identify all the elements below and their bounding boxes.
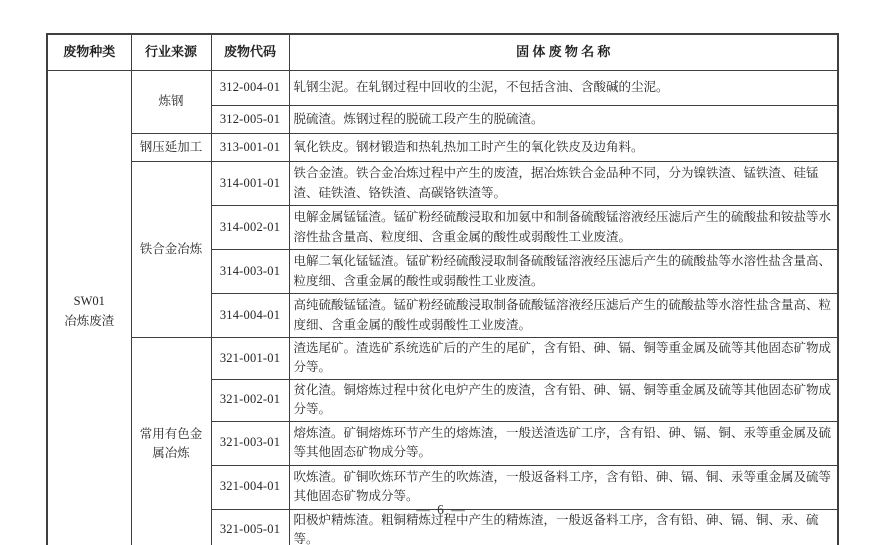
waste-name-cell: 电解金属锰锰渣。锰矿粉经硫酸浸取和加氨中和制备硫酸锰溶液经压滤后产生的硫酸盐和铵… bbox=[289, 206, 838, 250]
waste-code-cell: 314-001-01 bbox=[211, 162, 289, 206]
table-row: 铁合金冶炼 314-001-01 铁合金渣。铁合金冶炼过程中产生的废渣，据冶炼铁… bbox=[47, 162, 838, 206]
table-row: SW01 冶炼废渣 炼钢 312-004-01 轧钢尘泥。在轧钢过程中回收的尘泥… bbox=[47, 71, 838, 106]
industry-cell: 钢压延加工 bbox=[131, 134, 211, 162]
waste-category-name: 冶炼废渣 bbox=[52, 311, 127, 331]
page-number: — 6 — bbox=[46, 502, 837, 518]
waste-category-code: SW01 bbox=[52, 291, 127, 311]
header-waste-category: 废物种类 bbox=[47, 34, 131, 71]
table-row: 常用有色金属冶炼 321-001-01 渣选尾矿。渣选矿系统选矿后的产生的尾矿，… bbox=[47, 338, 838, 380]
waste-name-cell: 氧化铁皮。钢材锻造和热轧热加工时产生的氧化铁皮及边角料。 bbox=[289, 134, 838, 162]
waste-name-cell: 高纯硫酸锰锰渣。锰矿粉经硫酸浸取制备硫酸锰溶液经压滤后产生的硫酸盐等水溶性盐含量… bbox=[289, 294, 838, 338]
waste-code-cell: 321-003-01 bbox=[211, 421, 289, 465]
waste-code-cell: 312-004-01 bbox=[211, 71, 289, 106]
waste-code-cell: 321-001-01 bbox=[211, 338, 289, 380]
waste-category-cell: SW01 冶炼废渣 bbox=[47, 71, 131, 545]
waste-name-cell: 轧钢尘泥。在轧钢过程中回收的尘泥，不包括含油、含酸碱的尘泥。 bbox=[289, 71, 838, 106]
document-page: 废物种类 行业来源 废物代码 固 体 废 物 名 称 SW01 冶炼废渣 炼钢 … bbox=[0, 0, 881, 545]
waste-code-cell: 314-004-01 bbox=[211, 294, 289, 338]
waste-name-cell: 铁合金渣。铁合金冶炼过程中产生的废渣，据冶炼铁合金品种不同，分为镍铁渣、锰铁渣、… bbox=[289, 162, 838, 206]
waste-name-cell: 电解二氧化锰锰渣。锰矿粉经硫酸浸取制备硫酸锰溶液经压滤后产生的硫酸盐等水溶性盐含… bbox=[289, 250, 838, 294]
waste-name-cell: 熔炼渣。矿铜熔炼环节产生的熔炼渣，一般送渣选矿工序，含有铅、砷、镉、铜、汞等重金… bbox=[289, 421, 838, 465]
table-header-row: 废物种类 行业来源 废物代码 固 体 废 物 名 称 bbox=[47, 34, 838, 71]
waste-code-cell: 314-002-01 bbox=[211, 206, 289, 250]
waste-code-cell: 314-003-01 bbox=[211, 250, 289, 294]
waste-name-cell: 贫化渣。铜熔炼过程中贫化电炉产生的废渣，含有铅、砷、镉、铜等重金属及硫等其他固态… bbox=[289, 379, 838, 421]
header-industry-source: 行业来源 bbox=[131, 34, 211, 71]
header-waste-code: 废物代码 bbox=[211, 34, 289, 71]
solid-waste-table: 废物种类 行业来源 废物代码 固 体 废 物 名 称 SW01 冶炼废渣 炼钢 … bbox=[46, 33, 839, 545]
header-waste-name: 固 体 废 物 名 称 bbox=[289, 34, 838, 71]
industry-cell: 炼钢 bbox=[131, 71, 211, 134]
industry-cell: 铁合金冶炼 bbox=[131, 162, 211, 338]
table-row: 钢压延加工 313-001-01 氧化铁皮。钢材锻造和热轧热加工时产生的氧化铁皮… bbox=[47, 134, 838, 162]
waste-code-cell: 312-005-01 bbox=[211, 106, 289, 134]
waste-name-cell: 脱硫渣。炼钢过程的脱硫工段产生的脱硫渣。 bbox=[289, 106, 838, 134]
waste-code-cell: 313-001-01 bbox=[211, 134, 289, 162]
waste-code-cell: 321-002-01 bbox=[211, 379, 289, 421]
waste-name-cell: 渣选尾矿。渣选矿系统选矿后的产生的尾矿，含有铅、砷、镉、铜等重金属及硫等其他固态… bbox=[289, 338, 838, 380]
